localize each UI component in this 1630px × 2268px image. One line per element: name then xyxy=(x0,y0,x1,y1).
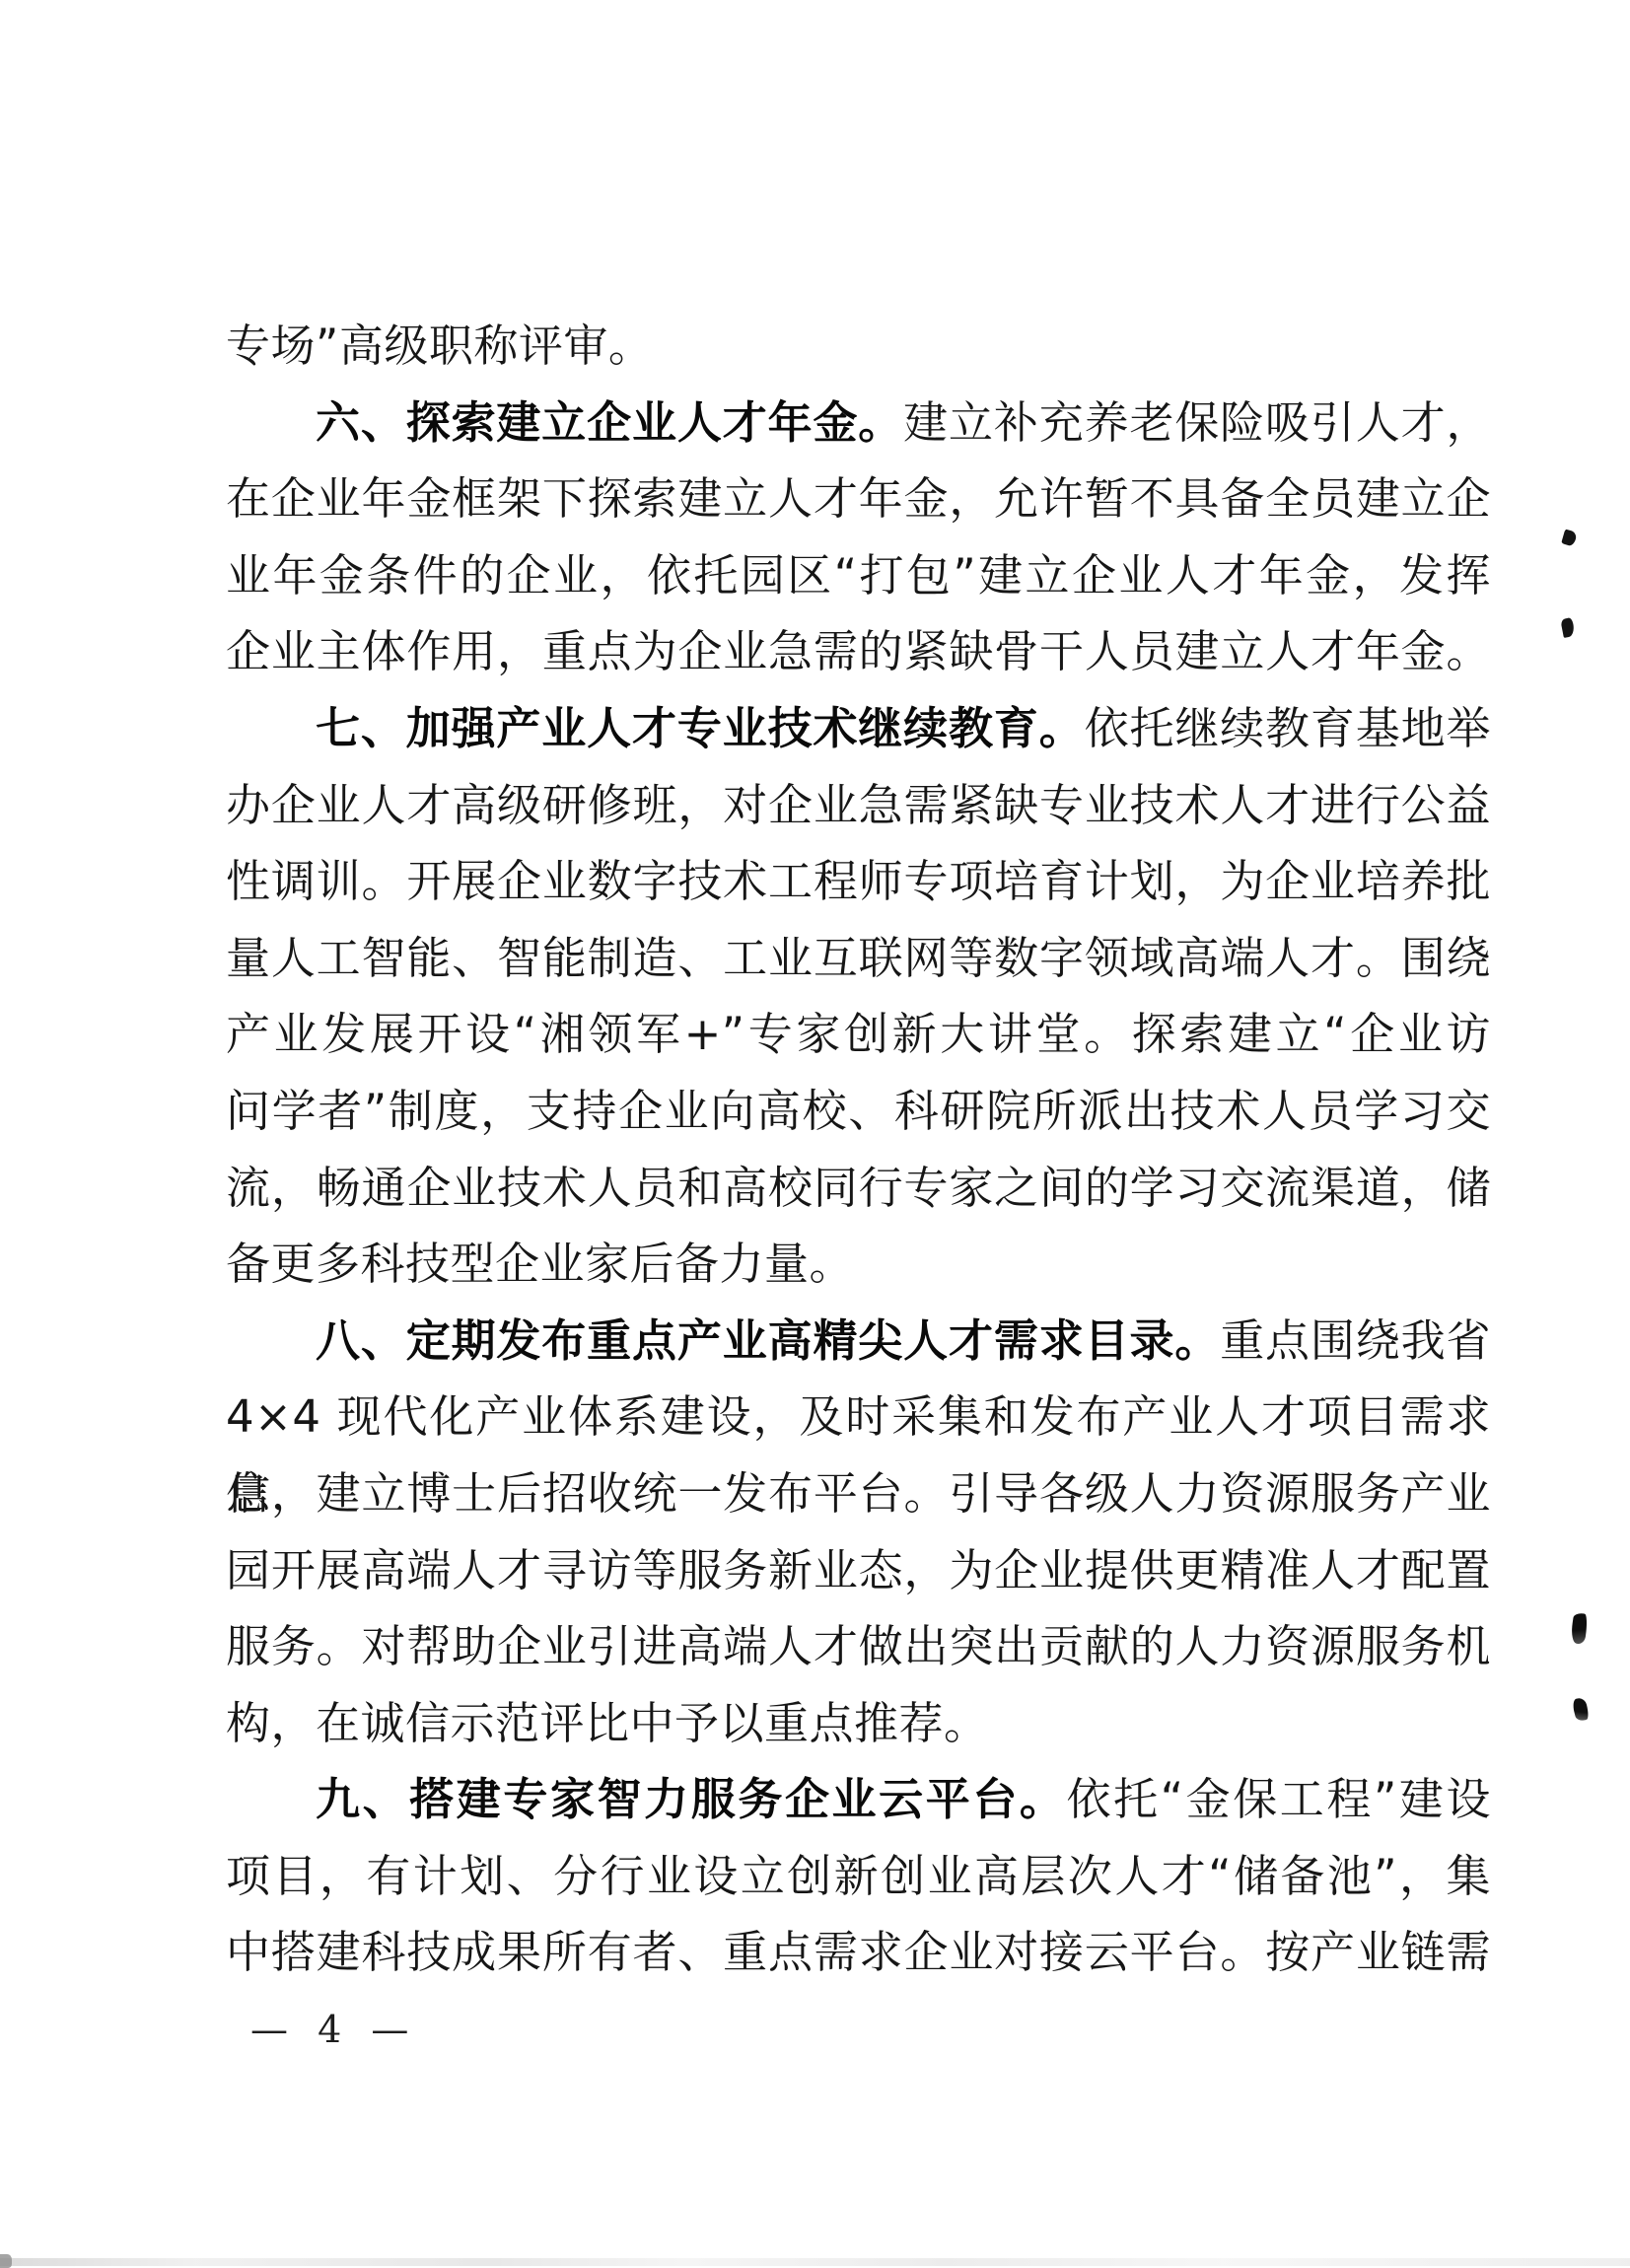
text-line: 4×4 现代化产业体系建设，及时采集和发布产业人才项目需求信 xyxy=(226,1379,1491,1455)
text-line: 九、搭建专家智力服务企业云平台。依托“金保工程”建设 xyxy=(226,1761,1491,1838)
text-line: 在企业年金框架下探索建立人才年金，允许暂不具备全员建立企 xyxy=(226,461,1491,537)
paragraph-body-text: 企业主体作用，重点为企业急需的紧缺骨干人员建立人才年金。 xyxy=(226,625,1491,677)
text-line: 备更多科技型企业家后备力量。 xyxy=(226,1226,1491,1303)
document-body: 专场”高级职称评审。六、探索建立企业人才年金。建立补充养老保险吸引人才，在企业年… xyxy=(226,308,1491,1991)
text-line: 六、探索建立企业人才年金。建立补充养老保险吸引人才， xyxy=(226,385,1491,461)
text-line: 产业发展开设“湘领军+”专家创新大讲堂。探索建立“企业访 xyxy=(226,996,1491,1073)
text-line: 息，建立博士后招收统一发布平台。引导各级人力资源服务产业 xyxy=(226,1455,1491,1532)
paragraph-body-text: 构，在诚信示范评比中予以重点推荐。 xyxy=(226,1697,989,1749)
paragraph-body-text: 项目，有计划、分行业设立创新创业高层次人才“储备池”，集 xyxy=(226,1850,1491,1902)
ink-speck-icon xyxy=(1571,1697,1590,1723)
paragraph-body-text: 园开展高端人才寻访等服务新业态，为企业提供更精准人才配置 xyxy=(226,1544,1491,1596)
scan-corner-artifact xyxy=(0,2254,12,2268)
paragraph-lead-text: 六、探索建立企业人才年金。 xyxy=(316,396,903,449)
text-line: 园开展高端人才寻访等服务新业态，为企业提供更精准人才配置 xyxy=(226,1532,1491,1609)
paragraph-lead-text: 七、加强产业人才专业技术继续教育。 xyxy=(316,702,1085,754)
paragraph-body-text: 办企业人才高级研修班，对企业急需紧缺专业技术人才进行公益 xyxy=(226,779,1491,831)
text-line: 专场”高级职称评审。 xyxy=(226,308,1491,385)
scanned-document-page: 专场”高级职称评审。六、探索建立企业人才年金。建立补充养老保险吸引人才，在企业年… xyxy=(0,0,1630,2268)
text-line: 办企业人才高级研修班，对企业急需紧缺专业技术人才进行公益 xyxy=(226,767,1491,844)
scan-edge-artifact xyxy=(0,2258,1630,2266)
paragraph-body-text: 产业发展开设“湘领军+”专家创新大讲堂。探索建立“企业访 xyxy=(226,1008,1491,1060)
text-line: 性调训。开展企业数字技术工程师专项培育计划，为企业培养批 xyxy=(226,843,1491,920)
text-line: 量人工智能、智能制造、工业互联网等数字领域高端人才。围绕 xyxy=(226,920,1491,997)
paragraph-body-text: 依托“金保工程”建设 xyxy=(1067,1773,1491,1825)
paragraph-body-text: 建立补充养老保险吸引人才， xyxy=(903,396,1491,449)
page-number: — 4 — xyxy=(250,2008,417,2051)
text-line: 七、加强产业人才专业技术继续教育。依托继续教育基地举 xyxy=(226,690,1491,767)
text-line: 企业主体作用，重点为企业急需的紧缺骨干人员建立人才年金。 xyxy=(226,613,1491,690)
paragraph-body-text: 流，畅通企业技术人员和高校同行专家之间的学习交流渠道，储 xyxy=(226,1162,1491,1214)
paragraph: 七、加强产业人才专业技术继续教育。依托继续教育基地举办企业人才高级研修班，对企业… xyxy=(226,690,1491,1303)
text-line: 项目，有计划、分行业设立创新创业高层次人才“储备池”，集 xyxy=(226,1838,1491,1915)
ink-speck-icon xyxy=(1570,1612,1589,1645)
paragraph-body-text: 性调训。开展企业数字技术工程师专项培育计划，为企业培养批 xyxy=(226,855,1491,907)
text-line: 问学者”制度，支持企业向高校、科研院所派出技术人员学习交 xyxy=(226,1073,1491,1150)
paragraph: 九、搭建专家智力服务企业云平台。依托“金保工程”建设项目，有计划、分行业设立创新… xyxy=(226,1761,1491,1991)
paragraph: 专场”高级职称评审。 xyxy=(226,308,1491,385)
paragraph-body-text: 备更多科技型企业家后备力量。 xyxy=(226,1238,854,1290)
text-line: 八、定期发布重点产业高精尖人才需求目录。重点围绕我省 xyxy=(226,1303,1491,1380)
paragraph-body-text: 在企业年金框架下探索建立人才年金，允许暂不具备全员建立企 xyxy=(226,472,1491,525)
paragraph-body-text: 中搭建科技成果所有者、重点需求企业对接云平台。按产业链需 xyxy=(226,1926,1491,1978)
paragraph: 六、探索建立企业人才年金。建立补充养老保险吸引人才，在企业年金框架下探索建立人才… xyxy=(226,385,1491,690)
ink-speck-icon xyxy=(1560,617,1575,638)
paragraph-lead-text: 八、定期发布重点产业高精尖人才需求目录。 xyxy=(316,1314,1220,1367)
paragraph-body-text: 服务。对帮助企业引进高端人才做出突出贡献的人力资源服务机 xyxy=(226,1620,1491,1672)
paragraph-lead-text: 九、搭建专家智力服务企业云平台。 xyxy=(316,1773,1067,1825)
paragraph-body-text: 专场”高级职称评审。 xyxy=(226,319,653,372)
text-line: 业年金条件的企业，依托园区“打包”建立企业人才年金，发挥 xyxy=(226,537,1491,614)
paragraph-body-text: 重点围绕我省 xyxy=(1220,1314,1491,1367)
paragraph-body-text: 问学者”制度，支持企业向高校、科研院所派出技术人员学习交 xyxy=(226,1085,1491,1137)
text-line: 构，在诚信示范评比中予以重点推荐。 xyxy=(226,1685,1491,1762)
text-line: 服务。对帮助企业引进高端人才做出突出贡献的人力资源服务机 xyxy=(226,1608,1491,1685)
paragraph-body-text: 量人工智能、智能制造、工业互联网等数字领域高端人才。围绕 xyxy=(226,932,1491,984)
ink-speck-icon xyxy=(1561,529,1578,546)
text-line: 流，畅通企业技术人员和高校同行专家之间的学习交流渠道，储 xyxy=(226,1150,1491,1227)
paragraph: 八、定期发布重点产业高精尖人才需求目录。重点围绕我省4×4 现代化产业体系建设，… xyxy=(226,1303,1491,1762)
text-line: 中搭建科技成果所有者、重点需求企业对接云平台。按产业链需 xyxy=(226,1914,1491,1991)
paragraph-body-text: 依托继续教育基地举 xyxy=(1085,702,1491,754)
paragraph-body-text: 息，建立博士后招收统一发布平台。引导各级人力资源服务产业 xyxy=(226,1467,1491,1520)
paragraph-body-text: 业年金条件的企业，依托园区“打包”建立企业人才年金，发挥 xyxy=(226,549,1491,602)
